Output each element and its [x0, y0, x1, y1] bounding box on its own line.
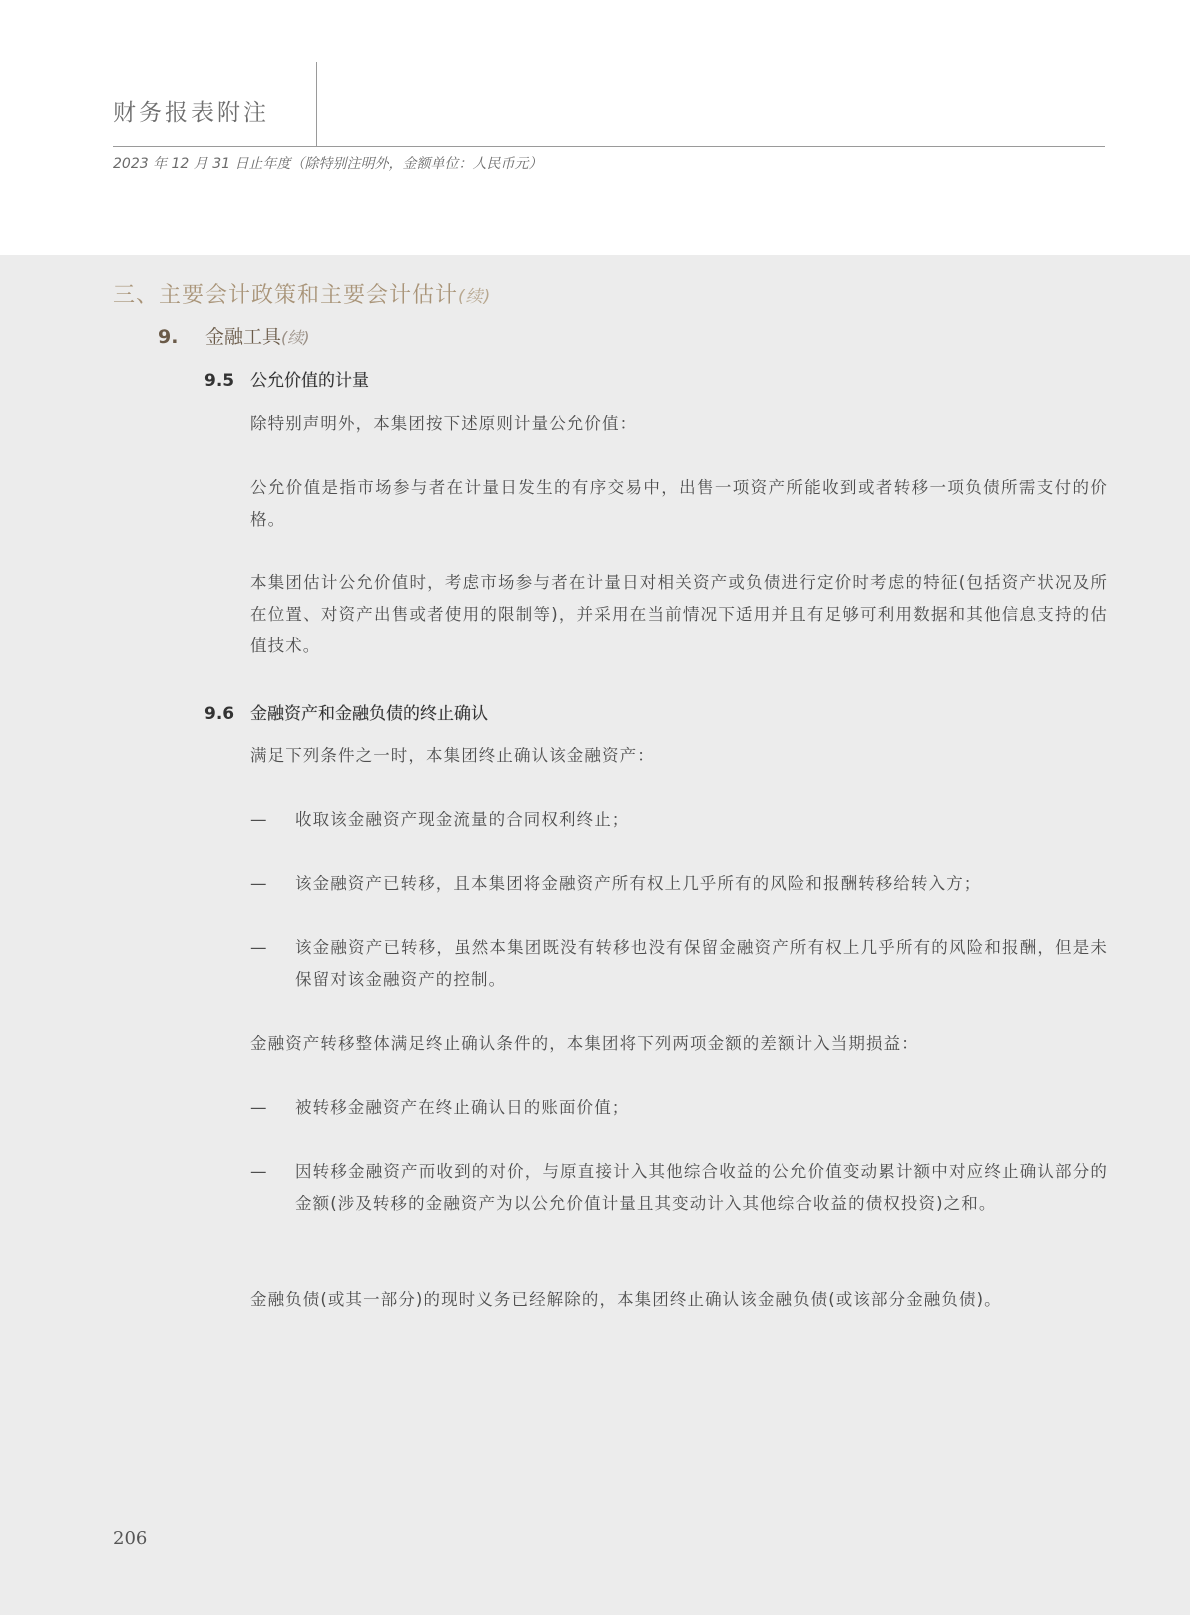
- list-item-text: 该金融资产已转移，且本集团将金融资产所有权上几乎所有的风险和报酬转移给转入方；: [295, 868, 1108, 900]
- list-item: —因转移金融资产而收到的对价，与原直接计入其他综合收益的公允价值变动累计额中对应…: [250, 1156, 1108, 1219]
- paragraph: 本集团估计公允价值时，考虑市场参与者在计量日对相关资产或负债进行定价时考虑的特征…: [250, 567, 1108, 662]
- dash-bullet: —: [250, 1092, 295, 1124]
- list-item-text: 收取该金融资产现金流量的合同权利终止；: [295, 804, 1108, 836]
- list-item: —该金融资产已转移，且本集团将金融资产所有权上几乎所有的风险和报酬转移给转入方；: [250, 868, 1108, 900]
- document-title: 财务报表附注: [113, 94, 269, 127]
- subsection-heading: 9.金融工具(续): [158, 322, 310, 349]
- dash-bullet: —: [250, 932, 295, 995]
- list-item-text: 被转移金融资产在终止确认日的账面价值；: [295, 1092, 1108, 1124]
- item-9-5-heading: 9.5公允价值的计量: [204, 366, 369, 391]
- list-item: —该金融资产已转移，虽然本集团既没有转移也没有保留金融资产所有权上几乎所有的风险…: [250, 932, 1108, 995]
- dash-bullet: —: [250, 804, 295, 836]
- dash-bullet: —: [250, 1156, 295, 1219]
- item-9-5-number: 9.5: [204, 371, 250, 391]
- subsection-continued-label: (续): [281, 328, 310, 347]
- item-9-6-title: 金融资产和金融负债的终止确认: [250, 704, 488, 724]
- item-9-6-heading: 9.6金融资产和金融负债的终止确认: [204, 699, 488, 724]
- header-horizontal-divider: [113, 146, 1105, 147]
- section-title-text: 三、主要会计政策和主要会计估计: [113, 283, 458, 308]
- paragraph: 金融负债(或其一部分)的现时义务已经解除的，本集团终止确认该金融负债(或该部分金…: [250, 1284, 1108, 1316]
- section-continued-label: (续): [458, 287, 491, 307]
- list-item: —被转移金融资产在终止确认日的账面价值；: [250, 1092, 1108, 1124]
- paragraph: 公允价值是指市场参与者在计量日发生的有序交易中，出售一项资产所能收到或者转移一项…: [250, 472, 1108, 535]
- page-header: [0, 0, 1190, 255]
- list-item: —收取该金融资产现金流量的合同权利终止；: [250, 804, 1108, 836]
- subsection-title: 金融工具: [205, 326, 281, 348]
- section-heading: 三、主要会计政策和主要会计估计(续): [113, 278, 491, 309]
- dash-bullet: —: [250, 868, 295, 900]
- item-9-6-number: 9.6: [204, 704, 250, 724]
- subsection-number: 9.: [158, 326, 205, 348]
- header-vertical-divider: [316, 62, 317, 146]
- list-item-text: 因转移金融资产而收到的对价，与原直接计入其他综合收益的公允价值变动累计额中对应终…: [295, 1156, 1108, 1219]
- list-item-text: 该金融资产已转移，虽然本集团既没有转移也没有保留金融资产所有权上几乎所有的风险和…: [295, 932, 1108, 995]
- paragraph: 除特别声明外，本集团按下述原则计量公允价值：: [250, 408, 1108, 440]
- document-subtitle: 2023 年 12 月 31 日止年度（除特别注明外，金额单位：人民币元）: [113, 153, 543, 173]
- paragraph: 金融资产转移整体满足终止确认条件的，本集团将下列两项金额的差额计入当期损益：: [250, 1028, 1108, 1060]
- paragraph: 满足下列条件之一时，本集团终止确认该金融资产：: [250, 740, 1108, 772]
- item-9-5-title: 公允价值的计量: [250, 371, 369, 391]
- page-number: 206: [113, 1528, 147, 1549]
